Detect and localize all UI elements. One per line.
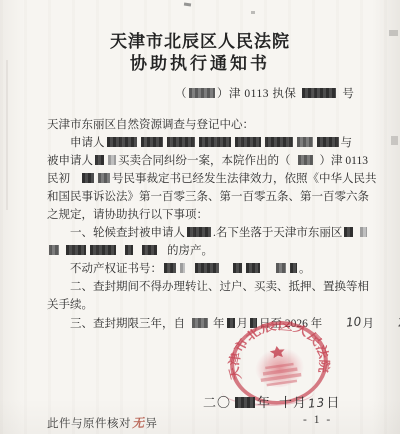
body-line-9: 不动产权证书号：。 [47, 260, 363, 278]
text-run: 的房产。 [167, 245, 213, 257]
scan-artifact-mark [184, 3, 191, 7]
text-run: 和国民事诉讼法》第一百零三条、第一百零五条、第一百零六条 [47, 191, 369, 203]
text-run: 。 [299, 263, 311, 275]
body-line-11: 关手续。 [47, 296, 363, 314]
text-run: 二、查封期间不得办理转让、过户、买卖、抵押、置换等相 [70, 281, 369, 293]
text-run: 异 [146, 418, 158, 430]
redaction-block [108, 155, 116, 165]
redaction-block [235, 397, 255, 408]
text-run: 二〇 [203, 395, 231, 410]
redaction-block [317, 137, 339, 147]
text-run: 三、查封期限三年，自 [70, 318, 185, 330]
redaction-block [49, 245, 59, 255]
body-line-1: 天津市东丽区自然资源调查与登记中心： [47, 116, 363, 134]
handwritten-text: 13 [307, 395, 325, 410]
redaction-block [235, 137, 261, 147]
redaction-block [167, 137, 195, 147]
text-run: 日 [326, 395, 340, 410]
body-line-2: 申请人与 [47, 134, 363, 152]
handwritten-text: 无 [132, 414, 145, 431]
scanned-document-page: 天津市北辰区人民法院 协助执行通知书 （）津 0113 执保号 天津市东丽区自然… [0, 0, 400, 434]
redaction-block [302, 88, 336, 98]
issue-date: 二〇年十月13日 [203, 392, 340, 411]
text-run: 月 [363, 318, 375, 330]
redaction-block [199, 137, 231, 147]
redaction-block [276, 263, 286, 273]
redaction-block [298, 155, 313, 165]
text-run: ）津 0113 [320, 155, 368, 167]
body-line-8: 的房产。 [47, 242, 363, 260]
redaction-block [246, 263, 260, 273]
redaction-block [125, 245, 133, 255]
redaction-block [180, 263, 185, 273]
text-run: 被申请人 [47, 155, 93, 167]
text-run: 一、轮候查封被申请人 [70, 227, 185, 239]
body-line-5: 和国民事诉讼法》第一百零三条、第一百零五条、第一百零六条 [47, 188, 363, 206]
redaction-block [66, 245, 86, 255]
redaction-block [90, 245, 116, 255]
page-number: - 1 - [303, 414, 332, 426]
text-run: 此件与原件核对 [47, 418, 131, 430]
scan-artifact-mark [389, 30, 398, 36]
text-run: 号 [342, 88, 354, 100]
text-run: 十月 [279, 395, 307, 410]
handwritten-text: 10 [323, 312, 363, 333]
redaction-block [142, 245, 157, 255]
text-run: 不动产权证书号： [70, 263, 162, 275]
redaction-block [189, 88, 215, 98]
redaction-block [98, 173, 110, 183]
redaction-block [265, 137, 293, 147]
body-line-6: 之规定，请协助执行以下事项： [47, 206, 363, 224]
document-title: 协助执行通知书 [0, 49, 400, 74]
text-run: 之规定，请协助执行以下事项： [47, 209, 208, 221]
text-run: 与 [341, 137, 353, 149]
handwritten-text: 24 [374, 312, 400, 333]
body-line-7: 一、轮候查封被申请人.名下坐落于天津市东丽区 [47, 224, 363, 242]
redaction-block [192, 318, 208, 328]
redaction-block [360, 227, 367, 237]
text-run: ）津 0113 执保 [217, 88, 296, 100]
redaction-block [82, 173, 94, 183]
body-line-10: 二、查封期间不得办理转让、过户、买卖、抵押、置换等相 [47, 278, 363, 296]
redaction-block [290, 263, 297, 273]
body-line-4: 民初号民事裁定书已经发生法律效力，依照《中华人民共 [47, 170, 363, 188]
text-run: 年 [257, 395, 271, 410]
text-run: 号民事裁定书已经发生法律效力，依照《中华人民共 [112, 173, 377, 185]
redaction-block [344, 227, 353, 237]
scan-crease-line [6, 60, 8, 210]
text-run: 申请人 [70, 137, 105, 149]
redaction-block [164, 263, 176, 273]
redaction-block [195, 263, 219, 273]
redaction-block [95, 155, 104, 165]
case-number: （）津 0113 执保号 [175, 85, 354, 101]
scan-artifact-mark [391, 136, 398, 145]
body-line-3: 被申请人买卖合同纠纷一案，本院作出的（）津 0113 [47, 152, 363, 170]
scan-artifact-mark [251, 11, 255, 14]
verification-note: 此件与原件核对无异 [47, 414, 158, 431]
text-run: .名下坐落于天津市东丽区 [213, 227, 342, 239]
text-run: （ [175, 88, 187, 100]
redaction-block [107, 137, 137, 147]
text-run: 天津市东丽区自然资源调查与登记中心： [47, 119, 254, 131]
text-run: 买卖合同纠纷一案，本院作出的（ [118, 155, 291, 167]
redaction-block [233, 263, 242, 273]
document-body: 天津市东丽区自然资源调查与登记中心：申请人与被申请人买卖合同纠纷一案，本院作出的… [47, 116, 363, 332]
redaction-block [187, 227, 211, 237]
redaction-block [297, 137, 313, 147]
text-run: 关手续。 [47, 299, 93, 311]
redaction-block [141, 137, 163, 147]
text-run: 民初 [47, 173, 70, 185]
